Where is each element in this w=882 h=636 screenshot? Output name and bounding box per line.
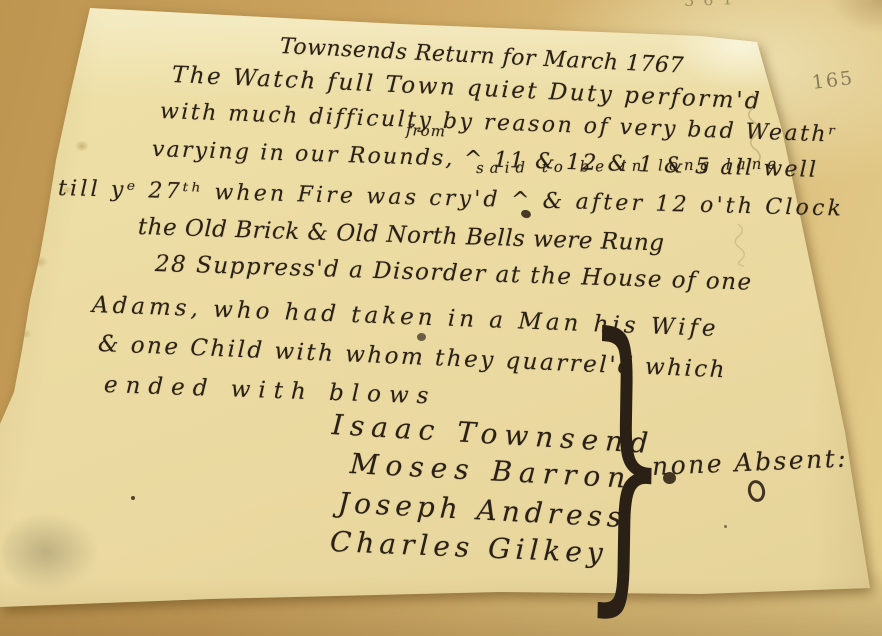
body-line-9: ended with blows	[104, 372, 437, 410]
pencil-smudge	[2, 512, 98, 592]
ink-speck	[724, 525, 727, 528]
manuscript-photo: 361 165 Townsends Return for March 1767 …	[0, 0, 882, 636]
signature-charles-gilkey: Charles Gilkey	[329, 525, 608, 570]
none-absent-note: none Absent:	[651, 443, 848, 481]
ink-blot	[663, 472, 676, 484]
ink-speck	[131, 496, 135, 500]
body-line-5: the Old Brick & Old North Bells were Run…	[138, 214, 665, 257]
ink-blot	[417, 333, 426, 341]
interlinear-insertion-from: from	[406, 121, 447, 140]
ink-flourish-loop	[746, 478, 767, 503]
ink-layer: Townsends Return for March 1767 The Watc…	[0, 0, 882, 636]
